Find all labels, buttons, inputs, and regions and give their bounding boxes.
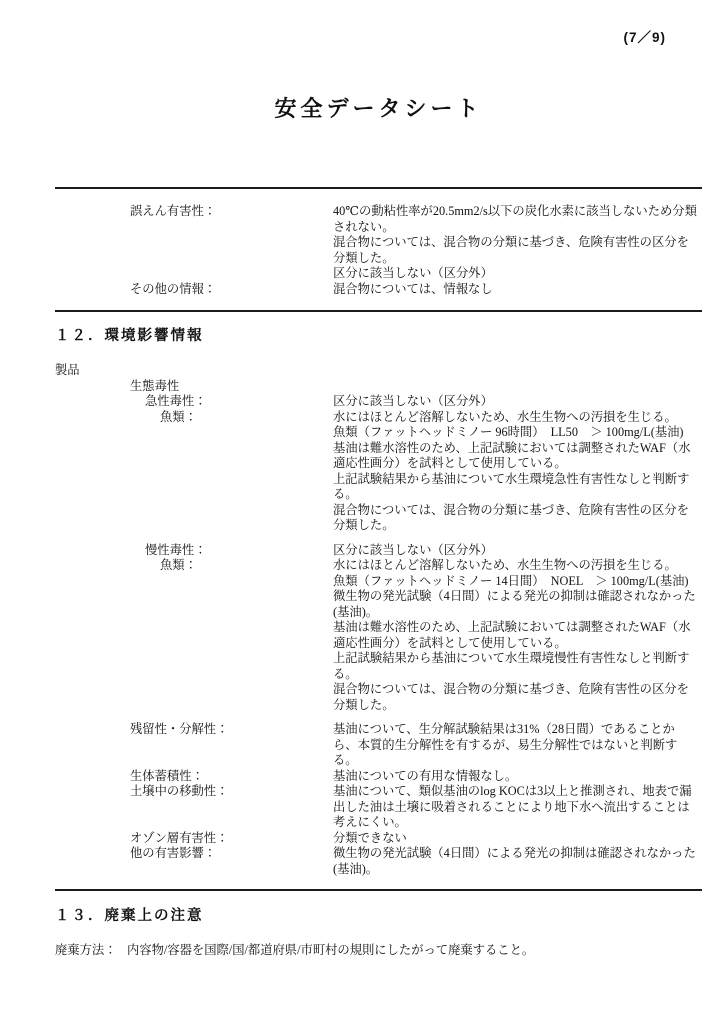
field-value-persistence-degradability: 基油について、生分解試験結果は31%（28日間）であることから、本質的生分解性を… [333, 722, 697, 769]
section-11-continuation: 誤えん有害性： 40℃の動粘性率が20.5mm2/s以下の炭化水素に該当しないた… [55, 204, 702, 297]
field-value-disposal-method: 内容物/容器を国際/国/都道府県/市町村の規則にしたがって廃棄すること。 [127, 943, 702, 959]
row-chronic-toxicity: 慢性毒性： 区分に該当しない（区分外） [55, 543, 702, 559]
ecotoxicity-label: 生態毒性 [55, 379, 702, 395]
field-value-acute-toxicity: 区分に該当しない（区分外） [333, 394, 697, 410]
field-label-acute-toxicity: 急性毒性： [55, 394, 333, 410]
field-value-aspiration-hazard: 40℃の動粘性率が20.5mm2/s以下の炭化水素に該当しないため分類されない。… [333, 204, 697, 282]
field-value-chronic-fish: 水にはほとんど溶解しないため、水生生物への汚損を生じる。魚類（ファットヘッドミノ… [333, 558, 697, 713]
section-12-body: 急性毒性： 区分に該当しない（区分外） 魚類： 水にはほとんど溶解しないため、水… [55, 394, 702, 877]
row-chronic-fish: 魚類： 水にはほとんど溶解しないため、水生生物への汚損を生じる。魚類（ファットヘ… [55, 558, 702, 713]
horizontal-rule-bottom [55, 889, 702, 891]
field-label-acute-fish: 魚類： [55, 410, 333, 426]
row-bioaccumulation: 生体蓄積性： 基油についての有用な情報なし。 [55, 769, 702, 785]
row-acute-fish: 魚類： 水にはほとんど溶解しないため、水生生物への汚損を生じる。魚類（ファットヘ… [55, 410, 702, 534]
section-13-heading: １３．廃棄上の注意 [55, 907, 702, 926]
sds-page: (7／9) 安全データシート 誤えん有害性： 40℃の動粘性率が20.5mm2/… [0, 0, 723, 1024]
row-aspiration-hazard: 誤えん有害性： 40℃の動粘性率が20.5mm2/s以下の炭化水素に該当しないた… [55, 204, 702, 282]
field-label-soil-mobility: 土壌中の移動性： [55, 784, 333, 800]
row-disposal-method: 廃棄方法： 内容物/容器を国際/国/都道府県/市町村の規則にしたがって廃棄するこ… [55, 943, 702, 959]
page-number: (7／9) [623, 30, 666, 46]
field-value-chronic-toxicity: 区分に該当しない（区分外） [333, 543, 697, 559]
row-other-adverse-effects: 他の有害影響： 微生物の発光試験（4日間）による発光の抑制は確認されなかった(基… [55, 846, 702, 877]
field-label-chronic-fish: 魚類： [55, 558, 333, 574]
field-value-other-information: 混合物については、情報なし [333, 282, 697, 298]
field-value-soil-mobility: 基油について、類似基油のlog KOCは3以上と推測され、地表で漏出した油は土壌… [333, 784, 697, 831]
row-acute-toxicity: 急性毒性： 区分に該当しない（区分外） [55, 394, 702, 410]
field-label-aspiration-hazard: 誤えん有害性： [55, 204, 333, 220]
field-label-persistence-degradability: 残留性・分解性： [55, 722, 333, 738]
row-persistence-degradability: 残留性・分解性： 基油について、生分解試験結果は31%（28日間）であることから… [55, 722, 702, 769]
field-value-ozone-layer-hazard: 分類できない [333, 831, 697, 847]
field-value-bioaccumulation: 基油についての有用な情報なし。 [333, 769, 697, 785]
horizontal-rule-middle [55, 310, 702, 312]
field-label-other-adverse-effects: 他の有害影響： [55, 846, 333, 862]
field-label-bioaccumulation: 生体蓄積性： [55, 769, 333, 785]
row-other-information: その他の情報： 混合物については、情報なし [55, 282, 702, 298]
row-ozone-layer-hazard: オゾン層有害性： 分類できない [55, 831, 702, 847]
field-value-other-adverse-effects: 微生物の発光試験（4日間）による発光の抑制は確認されなかった(基油)。 [333, 846, 697, 877]
field-label-other-information: その他の情報： [55, 282, 333, 298]
field-label-disposal-method: 廃棄方法： [55, 943, 127, 959]
document-title: 安全データシート [55, 94, 702, 123]
horizontal-rule-top [55, 187, 702, 189]
section-12-heading: １２．環境影響情報 [55, 327, 702, 346]
product-label: 製品 [55, 363, 702, 379]
field-label-chronic-toxicity: 慢性毒性： [55, 543, 333, 559]
field-label-ozone-layer-hazard: オゾン層有害性： [55, 831, 333, 847]
row-soil-mobility: 土壌中の移動性： 基油について、類似基油のlog KOCは3以上と推測され、地表… [55, 784, 702, 831]
field-value-acute-fish: 水にはほとんど溶解しないため、水生生物への汚損を生じる。魚類（ファットヘッドミノ… [333, 410, 697, 534]
